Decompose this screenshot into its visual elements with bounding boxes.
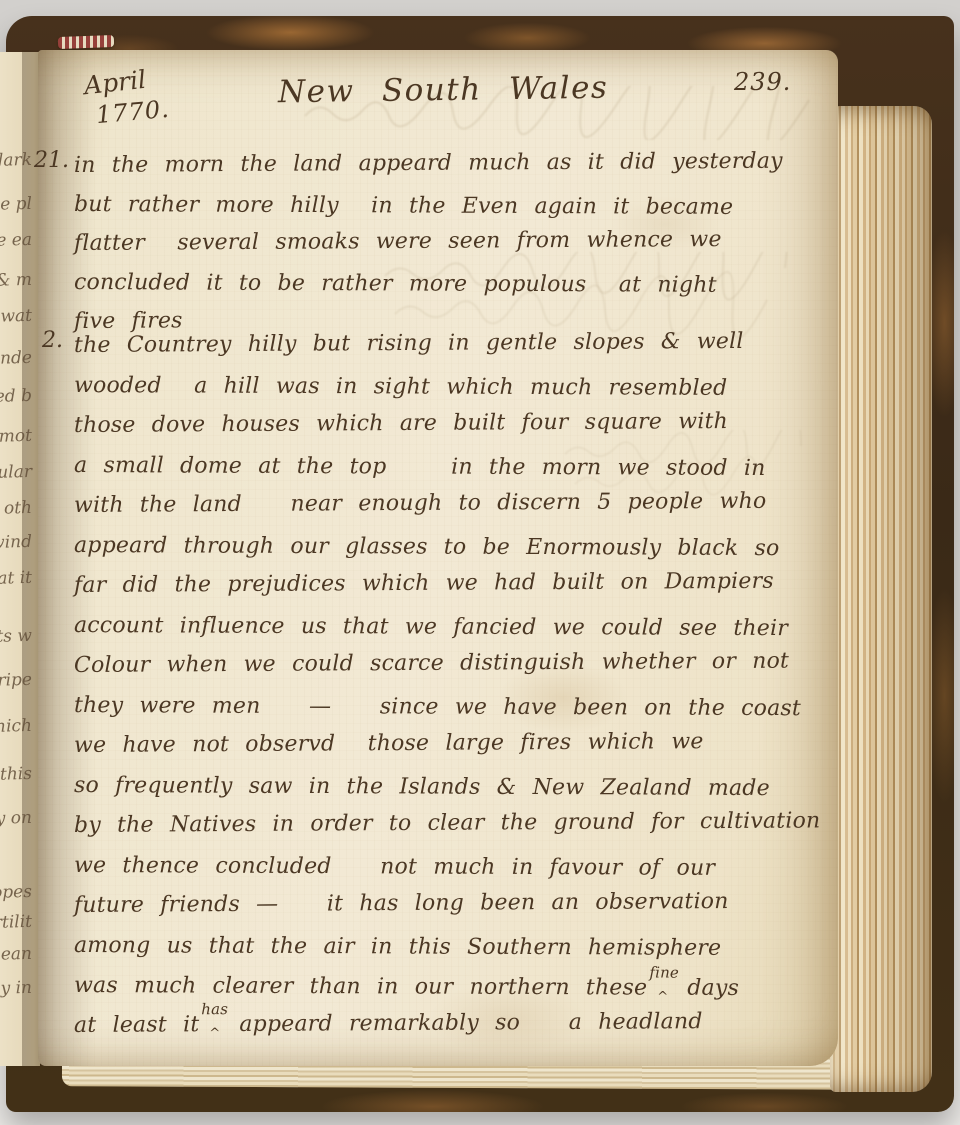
line-text: at least it (74, 1012, 199, 1038)
entry-22-number: 2. (42, 328, 63, 353)
line-text: was much clearer than in our northern th… (74, 973, 647, 1001)
inserted-word: fine (649, 966, 679, 981)
photo-of-open-journal: { "colors": { "backdrop": "#d6d3d0", "le… (0, 0, 960, 1125)
journal-line: with the land near enough to discern 5 p… (74, 481, 884, 526)
journal-line-with-insertion: at least ithas^appeard remarkably so a h… (74, 1001, 884, 1046)
journal-line: those dove houses which are built four s… (74, 401, 884, 446)
interlinear-insertion: has^ (199, 1005, 239, 1045)
journal-line: Colour when we could scarce distinguish … (74, 641, 884, 686)
journal-line: future friends — it has long been an obs… (74, 881, 884, 926)
journal-line: flatter several smoaks were seen from wh… (74, 219, 884, 263)
journal-line: we have not observd those large fires wh… (74, 721, 884, 766)
journal-date-month: April (83, 65, 148, 100)
line-text: days (687, 976, 739, 1001)
caret-mark: ^ (209, 1027, 220, 1040)
entry-22-lines: the Countrey hilly but rising in gentle … (74, 326, 884, 1046)
line-text: appeard remarkably so a headland (239, 1009, 702, 1037)
entry-21-lines: in the morn the land appeard much as it … (74, 146, 884, 341)
journal-line: the Countrey hilly but rising in gentle … (74, 321, 884, 366)
manuscript-text: April 1770. New South Wales 239. 21. in … (0, 0, 960, 1125)
journal-date-year: 1770. (95, 95, 171, 129)
page-number: 239. (734, 68, 791, 96)
journal-line: far did the prejudices which we had buil… (74, 561, 884, 606)
inserted-word: has (201, 1002, 228, 1017)
page-title: New South Wales (278, 70, 609, 111)
journal-line: in the morn the land appeard much as it … (74, 141, 884, 185)
entry-21-number: 21. (34, 148, 69, 173)
journal-line: among us that the air in this Southern h… (74, 926, 884, 970)
journal-line: by the Natives in order to clear the gro… (74, 801, 884, 846)
